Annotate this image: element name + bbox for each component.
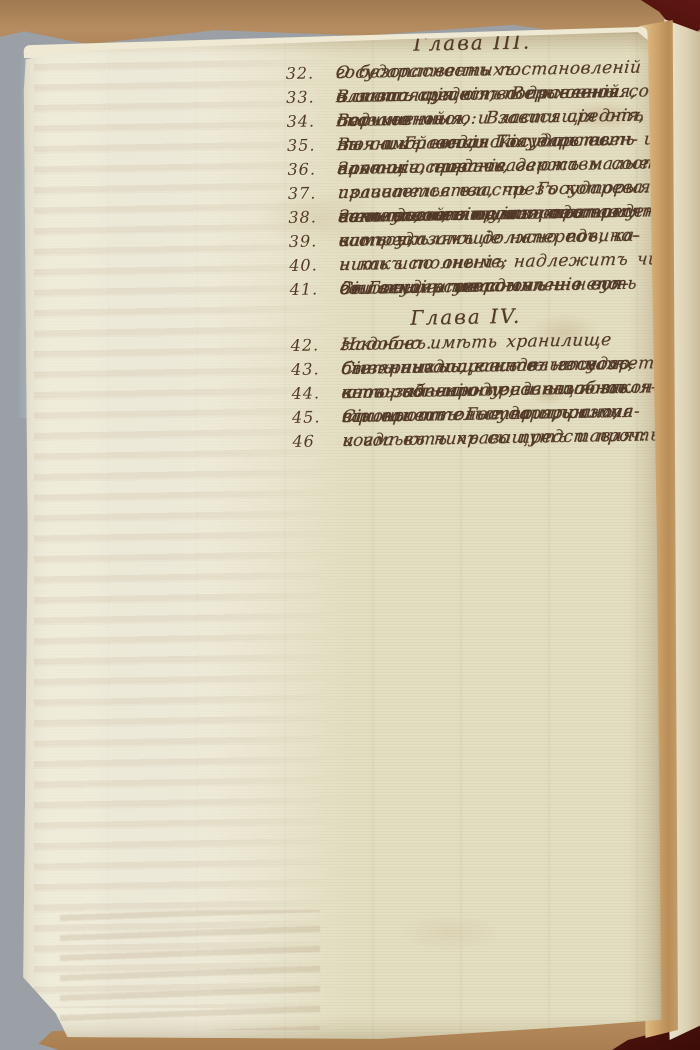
handwritten-line: протоки, сирѣчь, [337,156,510,179]
entry-number: 40. [289,255,339,276]
entry-text: Сіе хранилище индѣ не можетъбыть нигдѣ, … [341,353,687,379]
ink-bleedthrough-texture [60,910,320,1030]
entry-text: Власти среднія, подчиненныя,и зависящія … [336,81,682,107]
entry-number: 34. [286,111,336,132]
entry-text: Сіи правительства принимаязаконы отъ Гос… [342,401,688,427]
handwritten-line: ютъ забвенію преданныя законы. [341,377,674,403]
entry-text: которыя народу извѣщаютъвновь здѣланные,… [341,377,687,403]
handwritten-line: триваютъ оные прилѣжно, [341,402,619,427]
entry-number: 46 [292,431,342,452]
manuscript-entry: 38. Законы симъ правительст-вамъ дозволя… [288,201,684,228]
handwritten-line: нить исполненіе; [338,252,508,275]
manuscript-entry: 37. правительства, чрезъ которыяизливает… [288,177,684,204]
entry-text: и опредѣляющіе напередъ, ка-кимъ указамъ… [339,225,685,251]
entry-text: Законы основаніе державы соста-вляющіе п… [337,153,683,179]
entry-text: Надобно имѣть хранилищезаконовъ. [341,329,687,355]
handwritten-line: изливается власть Государева. [337,177,650,203]
handwritten-line: ваться, [338,230,414,251]
manuscript-entry: 33. Власти среднія, подчиненныя,и завися… [286,81,682,108]
entry-number: 32. [286,63,336,84]
entry-number: 42. [291,335,341,356]
entry-number: 37. [288,183,338,204]
entry-text: О безопасность постановленійгосударствен… [336,57,682,83]
manuscript-entry: 41. Сіи законы не сомнѣнно сутьдѣлающіе … [290,273,686,300]
manuscript-page: Глава III. 32. О безопасность постановле… [20,30,662,1042]
handwritten-line: исполнить; [337,205,448,227]
entry-number: 38. [288,207,338,228]
entry-text: Въ самой вещи Государь есть ис-точникъ в… [337,129,683,155]
entry-text: и имѣютъ право представлятькогда въ нихъ… [342,425,688,451]
handwritten-line: ственныхъ правительствахъ, [340,354,634,379]
manuscript-entry: 35. Въ самой вещи Государь есть ис-точни… [287,129,683,156]
entry-text: и какъ по онымъ надлежитъ чи-нить исполн… [339,249,685,275]
chapter-heading: Глава IV. [410,301,686,330]
manuscript-entry: 45. Сіи правительства принимаязаконы отъ… [292,401,688,428]
manuscript-entry: 44. которыя народу извѣщаютъвновь здѣлан… [291,377,687,404]
entry-number: 35. [287,135,337,156]
entry-number: 41. [290,279,340,300]
manuscript-text-column: Глава III. 32. О безопасность постановле… [285,27,689,456]
entry-text: правительства, чрезъ которыяизливается в… [338,177,684,203]
handwritten-line: законовъ. [340,333,433,355]
entry-text: Законы симъ правительст-вамъ дозволяющіе… [338,201,684,227]
manuscript-entry: 46 и имѣютъ право представлятькогда въ н… [292,425,688,452]
manuscript-entry: 40. и какъ по онымъ надлежитъ чи-нить ис… [289,249,685,276]
manuscript-entry: 36. Законы основаніе державы соста-вляющ… [287,153,683,180]
entry-number: 45. [292,407,342,428]
manuscript-entry: 32. О безопасность постановленійгосударс… [286,57,682,84]
manuscript-photo: Глава III. 32. О безопасность постановле… [0,0,700,1050]
manuscript-entry: 34. сказано мною: Власти среднія,подчине… [286,105,682,132]
handwritten-line: Верьховной: [336,109,453,131]
entry-number: 44. [291,383,341,404]
entry-text: сказано мною: Власти среднія,подчиненныя… [336,105,682,131]
entry-number: 33. [286,87,336,108]
entry-number: 39. [289,231,339,252]
entry-text: Сіи законы не сомнѣнно сутьдѣлающіе твер… [339,273,685,299]
entry-number: 43. [291,359,341,380]
handwritten-line: го Государства. [339,276,498,299]
handwritten-line: государственныхъ. [335,60,522,83]
entry-number: 36. [287,159,337,180]
handwritten-line: когда въ нихъ сыщутъ и проч: как [342,425,689,451]
handwritten-line: ныя и Гражданскія власти. [336,130,613,155]
manuscript-entry: 43. Сіе хранилище индѣ не можетъбыть ниг… [291,353,687,380]
manuscript-entry: 39. и опредѣляющіе напередъ, ка-кимъ ука… [289,225,685,252]
manuscript-entry: 42. Надобно имѣть хранилищезаконовъ. [291,329,687,356]
handwritten-line: вляютъ существо правленія. [335,82,627,107]
